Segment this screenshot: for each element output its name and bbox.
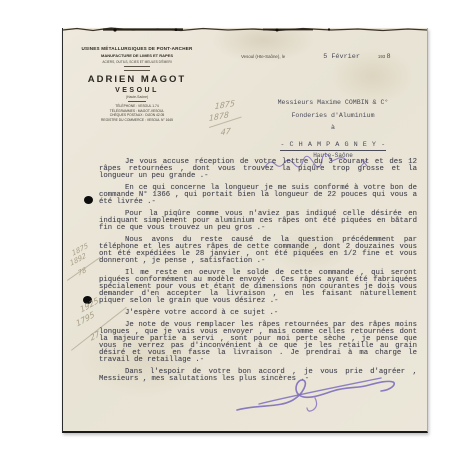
dateline-printed-place: Vesoul (Hte-Saône), le	[241, 54, 285, 59]
body-paragraph: Pour la piqûre comme vous n'aviez pas in…	[99, 211, 417, 232]
recipient-company: Fonderies d'Aluminium	[255, 109, 411, 122]
letter-body: Je vous accuse réception de votre lettre…	[99, 159, 417, 388]
letter-photo-canvas: { "colors": { "paper": "#eae5d8", "typew…	[0, 0, 458, 458]
company-name: ADRIEN MAGOT	[71, 74, 203, 85]
letterhead-products: ACIERS, OUTILS, SCIES ET MEULES D'ÉMERI	[71, 60, 203, 64]
company-dept: (Haute-Saône)	[71, 95, 203, 99]
signature-scrawl	[231, 370, 401, 418]
body-paragraph: En ce qui concerne la longueur je me sui…	[99, 185, 417, 206]
recipient-city: - C H A M P A G N E Y -	[280, 141, 385, 151]
hole-punch-upper	[84, 196, 93, 204]
recipient-block: Messieurs Maxime COMBIN & C° Fonderies d…	[255, 96, 411, 160]
recipient-name: Messieurs Maxime COMBIN & C°	[255, 96, 411, 109]
contact-registry: REGISTRE DU COMMERCE : VESOUL N° 1645	[71, 118, 203, 123]
recipient-at: à	[255, 122, 411, 133]
pencil-note-top-3: 47	[220, 127, 231, 138]
body-paragraph: J'espère votre accord à ce sujet .-	[99, 310, 417, 317]
dateline: Vesoul (Hte-Saône), le5 Février193 8	[241, 53, 423, 61]
letterhead-ornament	[124, 66, 150, 71]
letterhead-title: USINES MÉTALLURGIQUES DE PONT-ARCHER	[71, 46, 203, 51]
letterhead: USINES MÉTALLURGIQUES DE PONT-ARCHER MAN…	[71, 46, 203, 122]
dateline-typed-date: 5 Février	[323, 53, 360, 61]
pencil-note-low-2: 1795	[75, 310, 96, 329]
letterhead-divider	[128, 101, 146, 102]
body-paragraph: Nous avons du reste causé de la question…	[99, 237, 417, 265]
letterhead-subtitle: MANUFACTURE DE LIMES ET RAPES	[71, 53, 203, 58]
letter-paper: USINES MÉTALLURGIQUES DE PONT-ARCHER MAN…	[62, 28, 428, 433]
body-paragraph: Je note de vous remplacer les râpes reto…	[99, 322, 417, 364]
pencil-note-top-1: 1875	[215, 99, 236, 111]
body-paragraph: Je vous accuse réception de votre lettre…	[99, 159, 417, 180]
body-paragraph: Il me reste en oeuvre le solde de cette …	[99, 270, 417, 305]
torn-top-edge	[63, 27, 427, 33]
dateline-printed-year: 193	[378, 54, 385, 59]
company-city: VESOUL	[71, 87, 203, 94]
dateline-typed-year: 8	[386, 53, 390, 61]
